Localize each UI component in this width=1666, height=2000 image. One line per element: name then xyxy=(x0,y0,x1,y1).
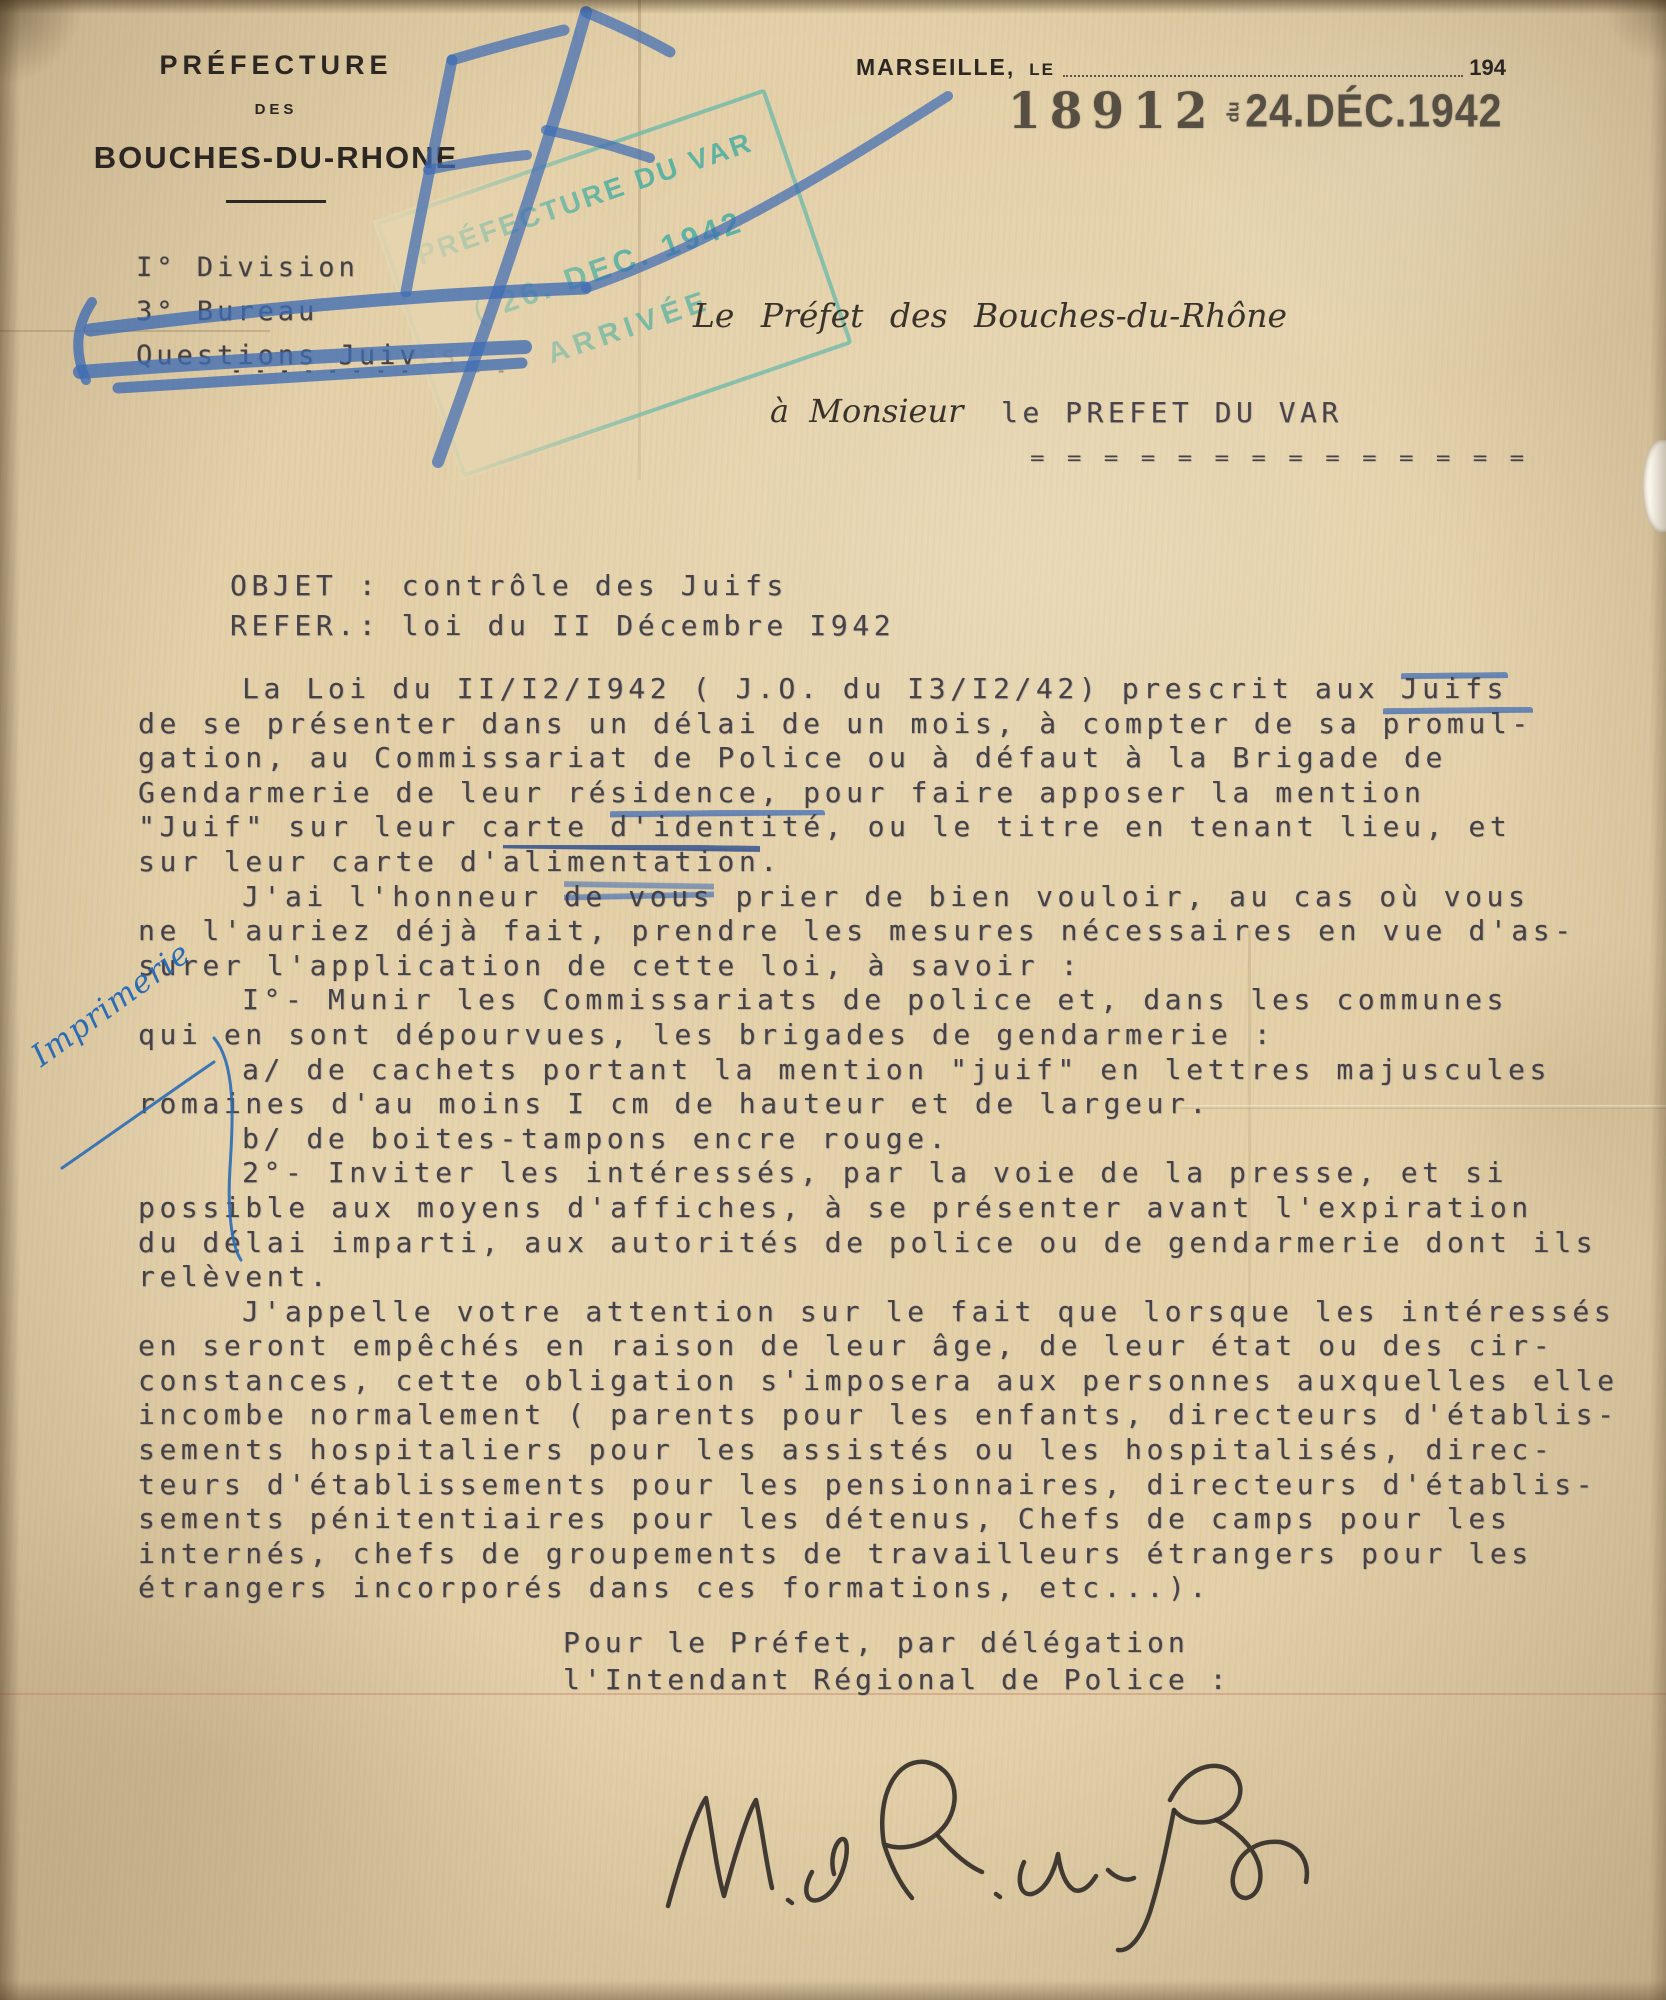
typewritten-line: 2°- Inviter les intéressés, par la voie … xyxy=(138,1156,1619,1191)
text-run: 2°- Inviter les intéressés, par la voie … xyxy=(242,1156,1508,1189)
text-run: . xyxy=(760,845,781,878)
crayon-marked-text: de vous xyxy=(564,880,714,913)
typewritten-line: relèvent. xyxy=(138,1260,1619,1295)
typewritten-line: sur leur carte d'alimentation. xyxy=(138,845,1619,880)
crayon-marked-text: promul- xyxy=(1383,707,1533,740)
registry-date: 24.DÉC.1942 xyxy=(1245,85,1502,138)
typewritten-line: du délai imparti, aux autorités de polic… xyxy=(138,1226,1619,1261)
registry-number: 18912 xyxy=(1008,83,1217,141)
text-run: relèvent. xyxy=(138,1260,331,1293)
addressee-name: le PREFET DU VAR xyxy=(1001,396,1343,429)
subject-objet: OBJET : contrôle des Juifs xyxy=(230,569,788,602)
division-line2: 3° Bureau xyxy=(136,296,318,327)
sender-title: Le Préfet des Bouches-du-Rhône xyxy=(640,296,1340,335)
typewritten-line: en seront empêchés en raison de leur âge… xyxy=(138,1329,1619,1364)
text-run: internés, chefs de groupements de travai… xyxy=(138,1537,1533,1570)
typewritten-line: sements hospitaliers pour les assistés o… xyxy=(138,1433,1619,1468)
dateline-le: LE xyxy=(1029,60,1055,81)
text-run: ne l'auriez déjà fait, prendre les mesur… xyxy=(138,914,1576,947)
text-run: incombe normalement ( parents pour les e… xyxy=(138,1398,1619,1431)
text-run: surer l'application de cette loi, à savo… xyxy=(138,949,1082,982)
addressee-prefix: à Monsieur xyxy=(770,392,963,430)
typewritten-line: La Loi du II/I2/I942 ( J.O. du I3/I2/42)… xyxy=(138,672,1619,707)
text-run: sements pénitentiaires pour les détenus,… xyxy=(138,1502,1511,1535)
text-run: en seront empêchés en raison de leur âge… xyxy=(138,1329,1554,1362)
letterhead-line1: PRÉFECTURE xyxy=(90,50,462,81)
subject-block: OBJET : contrôle des JuifsREFER.: loi du… xyxy=(230,566,895,646)
typewritten-line: I°- Munir les Commissariats de police et… xyxy=(138,983,1619,1018)
typewritten-line: a/ de cachets portant la mention "juif" … xyxy=(138,1053,1619,1088)
paper-tear-chip xyxy=(1642,440,1666,532)
typewritten-line: étrangers incorporés dans ces formations… xyxy=(138,1571,1619,1606)
division-line1: I° Division xyxy=(136,252,359,283)
addressee-line: à Monsieur le PREFET DU VAR xyxy=(770,392,1343,430)
typewritten-line: incombe normalement ( parents pour les e… xyxy=(138,1398,1619,1433)
dateline-dotted-leader xyxy=(1063,74,1463,77)
registry-du: du xyxy=(1223,101,1243,122)
text-run: Gendarmerie de leur résidence, pour fair… xyxy=(138,776,1425,809)
dateline-year-suffix: 194 xyxy=(1469,55,1506,81)
text-run: a/ de cachets portant la mention "juif" … xyxy=(242,1053,1551,1086)
text-run: teurs d'établissements pour les pensionn… xyxy=(138,1468,1597,1501)
registry-stamp: 18912 du 24.DÉC.1942 xyxy=(1008,84,1502,139)
crayon-marked-text: alimentation xyxy=(503,845,761,878)
scanned-letter-page: PRÉFECTURE DES BOUCHES-DU-RHONE I° Divis… xyxy=(0,0,1666,2000)
closing-block: Pour le Préfet, par délégationl'Intendan… xyxy=(563,1624,1230,1698)
typewritten-line: J'appelle votre attention sur le fait qu… xyxy=(138,1295,1619,1330)
text-run: b/ de boites-tampons encre rouge. xyxy=(242,1122,950,1155)
typewritten-line: internés, chefs de groupements de travai… xyxy=(138,1537,1619,1572)
typewritten-line: romaines d'au moins I cm de hauteur et d… xyxy=(138,1087,1619,1122)
text-run: de se présenter dans un délai de un mois… xyxy=(138,707,1383,740)
arrival-stamp-tick: ( xyxy=(468,291,493,329)
text-run: sements hospitaliers pour les assistés o… xyxy=(138,1433,1554,1466)
text-run: I°- Munir les Commissariats de police et… xyxy=(242,983,1508,1016)
letterhead-line2: DES xyxy=(90,101,462,118)
letterhead: PRÉFECTURE DES BOUCHES-DU-RHONE xyxy=(90,50,462,203)
crayon-marked-text: d'identité xyxy=(610,810,825,843)
typewritten-line: ne l'auriez déjà fait, prendre les mesur… xyxy=(138,914,1619,949)
subject-refer: REFER.: loi du II Décembre I942 xyxy=(230,609,895,642)
text-run: étrangers incorporés dans ces formations… xyxy=(138,1571,1211,1604)
closing-line1: Pour le Préfet, par délégation xyxy=(563,1626,1189,1659)
text-run: gation, au Commissariat de Police ou à d… xyxy=(138,741,1447,774)
typewritten-line: teurs d'établissements pour les pensionn… xyxy=(138,1468,1619,1503)
typewritten-line: qui en sont dépourvues, les brigades de … xyxy=(138,1018,1619,1053)
signature xyxy=(668,1762,1307,1950)
text-run: constances, cette obligation s'imposera … xyxy=(138,1364,1619,1397)
text-run: romaines d'au moins I cm de hauteur et d… xyxy=(138,1087,1211,1120)
typewritten-line: Gendarmerie de leur résidence, pour fair… xyxy=(138,776,1619,811)
letterhead-line3: BOUCHES-DU-RHONE xyxy=(90,140,462,176)
body-lines: La Loi du II/I2/I942 ( J.O. du I3/I2/42)… xyxy=(138,672,1619,1606)
text-run: qui en sont dépourvues, les brigades de … xyxy=(138,1018,1275,1051)
text-run: du délai imparti, aux autorités de polic… xyxy=(138,1226,1597,1259)
text-run: J'ai l'honneur xyxy=(242,880,564,913)
typewritten-line: sements pénitentiaires pour les détenus,… xyxy=(138,1502,1619,1537)
typewritten-line: "Juif" sur leur carte d'identité, ou le … xyxy=(138,810,1619,845)
closing-line2: l'Intendant Régional de Police : xyxy=(563,1663,1230,1696)
crayon-marked-text: Juifs xyxy=(1401,672,1508,705)
dateline-city: MARSEILLE, xyxy=(856,54,1015,81)
letterhead-rule xyxy=(226,200,326,203)
typewritten-line: gation, au Commissariat de Police ou à d… xyxy=(138,741,1619,776)
typewritten-line: surer l'application de cette loi, à savo… xyxy=(138,949,1619,984)
typewritten-line: possible aux moyens d'affiches, à se pré… xyxy=(138,1191,1619,1226)
typewritten-line: de se présenter dans un délai de un mois… xyxy=(138,707,1619,742)
text-run: La Loi du II/I2/I942 ( J.O. du I3/I2/42)… xyxy=(242,672,1401,705)
text-run: "Juif" sur leur carte xyxy=(138,810,610,843)
addressee-underline-marks: = = = = = = = = = = = = = = xyxy=(1030,447,1528,469)
text-run: possible aux moyens d'affiches, à se pré… xyxy=(138,1191,1533,1224)
dateline: MARSEILLE, LE 194 xyxy=(856,54,1506,81)
text-run: , ou le titre en tenant lieu, et xyxy=(825,810,1512,843)
text-run: J'appelle votre attention sur le fait qu… xyxy=(242,1295,1615,1328)
typewritten-line: J'ai l'honneur de vous prier de bien vou… xyxy=(138,880,1619,915)
typewritten-line: b/ de boites-tampons encre rouge. xyxy=(138,1122,1619,1157)
text-run: prier de bien vouloir, au cas où vous xyxy=(714,880,1529,913)
text-run: sur leur carte d' xyxy=(138,845,503,878)
typewritten-line: constances, cette obligation s'imposera … xyxy=(138,1364,1619,1399)
